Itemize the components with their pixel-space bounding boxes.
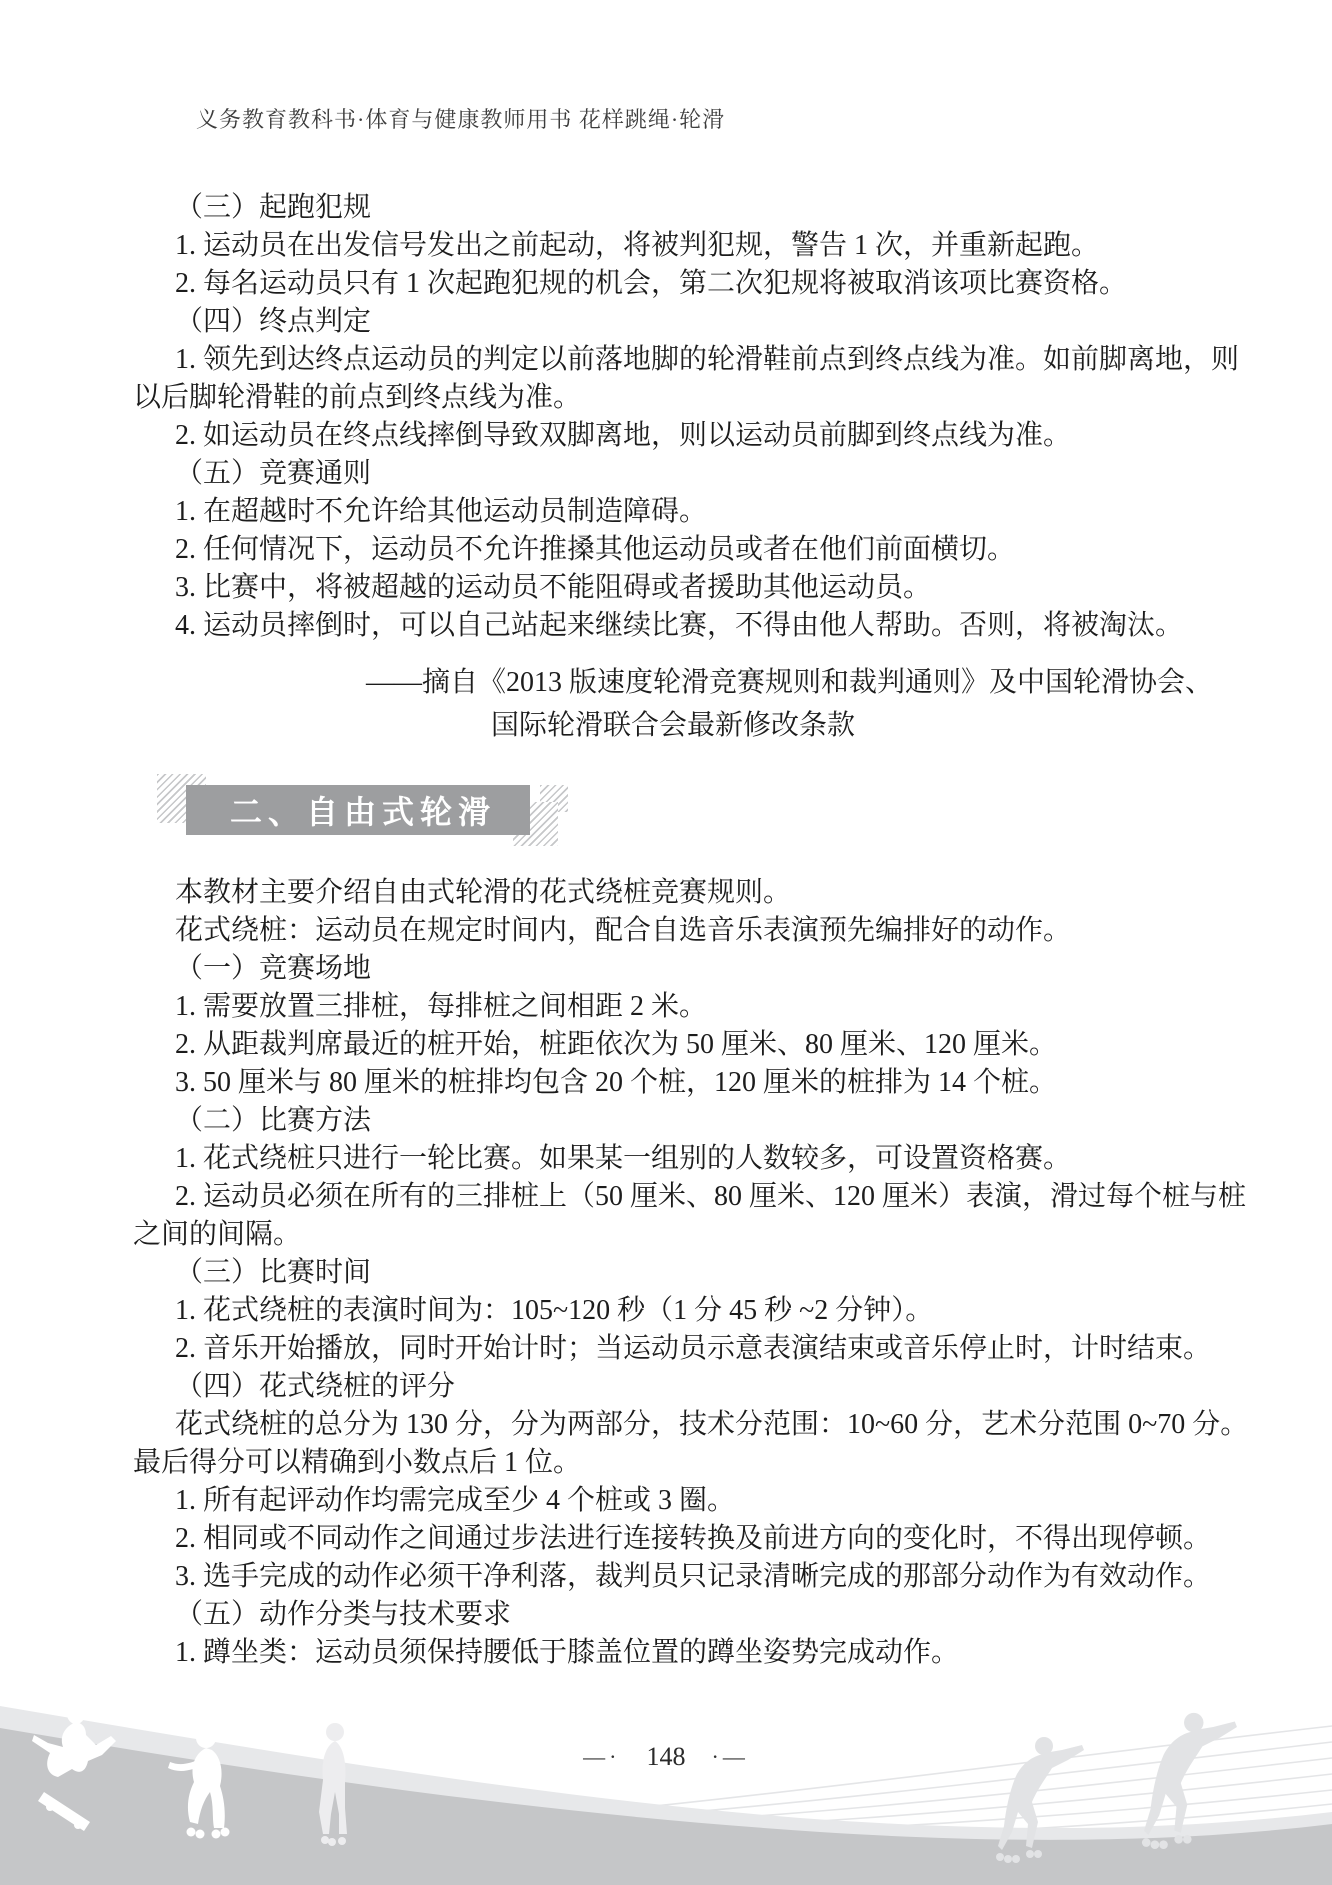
text-line: 1. 运动员在出发信号发出之前起动，将被判犯规，警告 1 次，并重新起跑。 (133, 227, 1213, 265)
text-line: 本教材主要介绍自由式轮滑的花式绕桩竞赛规则。 (133, 874, 1213, 912)
text-line: 花式绕桩的总分为 130 分，分为两部分，技术分范围：10~60 分，艺术分范围… (133, 1406, 1213, 1444)
text-line: 1. 需要放置三排桩，每排桩之间相距 2 米。 (133, 988, 1213, 1026)
text-line: 花式绕桩：运动员在规定时间内，配合自选音乐表演预先编排好的动作。 (133, 912, 1213, 950)
text-line: （五）动作分类与技术要求 (133, 1596, 1213, 1634)
citation-line: ——摘自《2013 版速度轮滑竞赛规则和裁判通则》及中国轮滑协会、 (133, 661, 1213, 704)
text-line: 1. 花式绕桩只进行一轮比赛。如果某一组别的人数较多，可设置资格赛。 (133, 1140, 1213, 1178)
text-line: 1. 在超越时不允许给其他运动员制造障碍。 (133, 493, 1213, 531)
text-line: 3. 50 厘米与 80 厘米的桩排均包含 20 个桩，120 厘米的桩排为 1… (133, 1064, 1213, 1102)
text-line: 1. 所有起评动作均需完成至少 4 个桩或 3 圈。 (133, 1482, 1213, 1520)
text-line: 2. 如运动员在终点线摔倒导致双脚离地，则以运动员前脚到终点线为准。 (133, 417, 1213, 455)
text-line: 2. 音乐开始播放，同时开始计时；当运动员示意表演结束或音乐停止时，计时结束。 (133, 1330, 1213, 1368)
text-line: 之间的间隔。 (133, 1216, 1213, 1254)
text-line: （五）竞赛通则 (133, 455, 1213, 493)
section-heading-bar: 二、自由式轮滑 (186, 785, 530, 835)
text-line: 最后得分可以精确到小数点后 1 位。 (133, 1444, 1213, 1482)
rules-section-speed-skating: （三）起跑犯规 1. 运动员在出发信号发出之前起动，将被判犯规，警告 1 次，并… (133, 189, 1213, 645)
source-citation: ——摘自《2013 版速度轮滑竞赛规则和裁判通则》及中国轮滑协会、 国际轮滑联合… (133, 661, 1213, 747)
citation-line: 国际轮滑联合会最新修改条款 (133, 704, 1213, 747)
text-line: 2. 运动员必须在所有的三排桩上（50 厘米、80 厘米、120 厘米）表演，滑… (133, 1178, 1213, 1216)
page-number-left-ornament: —· (583, 1744, 620, 1770)
text-line: 2. 相同或不同动作之间通过步法进行连接转换及前进方向的变化时，不得出现停顿。 (133, 1520, 1213, 1558)
book-page: { "page_header": { "text": "义务教育教科书·体育与健… (0, 0, 1332, 1885)
text-line: 3. 比赛中，将被超越的运动员不能阻碍或者援助其他运动员。 (133, 569, 1213, 607)
text-line: （三）起跑犯规 (133, 189, 1213, 227)
text-line: 以后脚轮滑鞋的前点到终点线为准。 (133, 379, 1213, 417)
text-line: 1. 花式绕桩的表演时间为：105~120 秒（1 分 45 秒 ~2 分钟）。 (133, 1292, 1213, 1330)
text-line: 2. 每名运动员只有 1 次起跑犯规的机会，第二次犯规将被取消该项比赛资格。 (133, 265, 1213, 303)
text-line: 2. 从距裁判席最近的桩开始，桩距依次为 50 厘米、80 厘米、120 厘米。 (133, 1026, 1213, 1064)
rules-section-freestyle-slalom: 本教材主要介绍自由式轮滑的花式绕桩竞赛规则。 花式绕桩：运动员在规定时间内，配合… (133, 874, 1213, 1672)
text-line: （二）比赛方法 (133, 1102, 1213, 1140)
text-line: 3. 选手完成的动作必须干净利落，裁判员只记录清晰完成的那部分动作为有效动作。 (133, 1558, 1213, 1596)
text-line: 1. 蹲坐类：运动员须保持腰低于膝盖位置的蹲坐姿势完成动作。 (133, 1634, 1213, 1672)
page-number-value: 148 (647, 1742, 686, 1772)
footer-artwork (0, 1700, 1332, 1885)
text-line: （四）花式绕桩的评分 (133, 1368, 1213, 1406)
running-head: 义务教育教科书·体育与健康教师用书 花样跳绳·轮滑 (196, 103, 725, 134)
page-number-right-ornament: ·— (712, 1744, 749, 1770)
text-line: （三）比赛时间 (133, 1254, 1213, 1292)
text-line: 1. 领先到达终点运动员的判定以前落地脚的轮滑鞋前点到终点线为准。如前脚离地，则 (133, 341, 1213, 379)
section-heading-label: 二、自由式轮滑 (230, 787, 496, 833)
text-line: 4. 运动员摔倒时，可以自己站起来继续比赛，不得由他人帮助。否则，将被淘汰。 (133, 607, 1213, 645)
page-number: —· 148 ·— (0, 1742, 1332, 1772)
text-line: 2. 任何情况下，运动员不允许推搡其他运动员或者在他们前面横切。 (133, 531, 1213, 569)
text-line: （四）终点判定 (133, 303, 1213, 341)
text-line: （一）竞赛场地 (133, 950, 1213, 988)
